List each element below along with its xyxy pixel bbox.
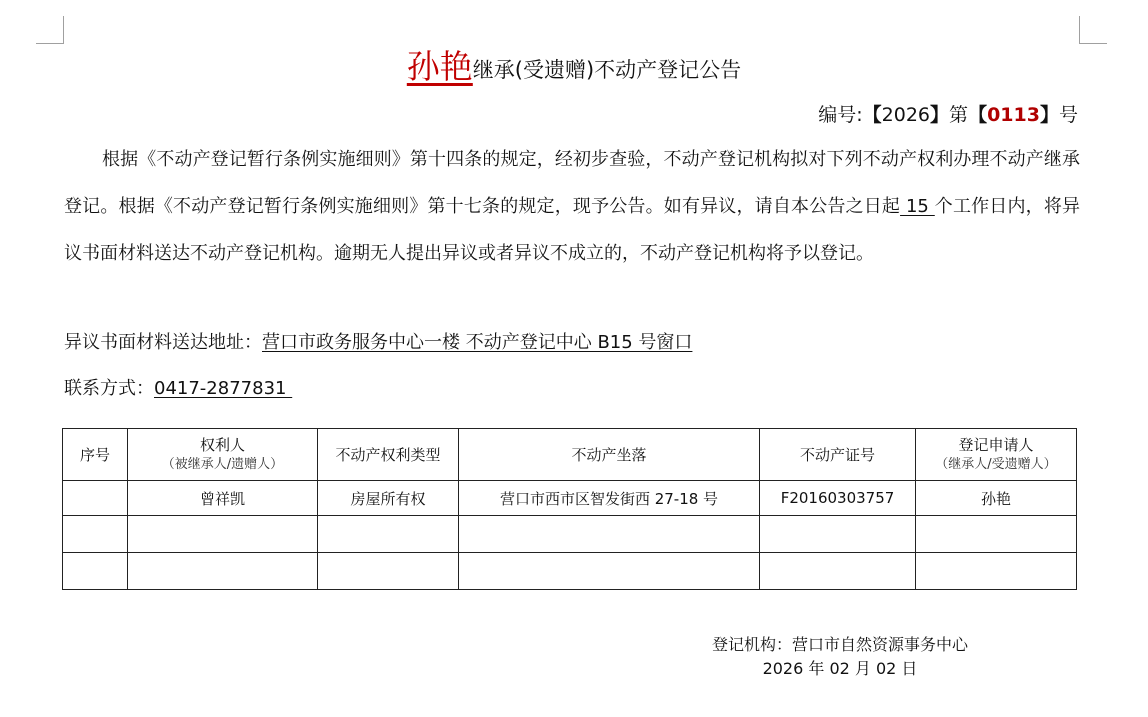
table-row (63, 516, 1077, 553)
cell-right-holder (128, 516, 318, 553)
contact-info: 联系方式：0417-2877831 (64, 374, 292, 404)
announcement-date: 2026 年 02 月 02 日 (660, 655, 1020, 683)
bracket: 【 (968, 104, 987, 126)
cell-right-holder: 曾祥凯 (128, 481, 318, 516)
header-label: 权利人 (128, 435, 317, 455)
objection-days: 15 (900, 196, 935, 217)
address-label: 异议书面材料送达地址： (64, 332, 262, 353)
cell-cert-no (760, 516, 916, 553)
cell-location: 营口市西市区智发街西 27-18 号 (459, 481, 760, 516)
authority-name: 营口市自然资源事务中心 (792, 635, 968, 654)
header-label: 序号 (63, 445, 127, 465)
document-number: 编号:【2026】第【0113】号 (818, 100, 1078, 130)
header-label: 登记申请人 (916, 435, 1076, 455)
docno-number: 0113 (987, 104, 1040, 126)
cell-location (459, 516, 760, 553)
cell-seq (63, 516, 128, 553)
page-corner-mark-top-left (36, 16, 64, 44)
header-applicant: 登记申请人（继承人/受遗赠人） (916, 429, 1077, 481)
header-right-holder: 权利人（被继承人/遗赠人） (128, 429, 318, 481)
header-label: 不动产坐落 (459, 445, 759, 465)
docno-label: 编号: (818, 104, 862, 126)
docno-year: 2026 (882, 104, 930, 126)
header-right-type: 不动产权利类型 (318, 429, 459, 481)
cell-applicant (916, 516, 1077, 553)
cell-right-holder (128, 553, 318, 590)
address-value: 营口市政务服务中心一楼 不动产登记中心 B15 号窗口 (262, 332, 692, 353)
header-seq: 序号 (63, 429, 128, 481)
announcement-body: 根据《不动产登记暂行条例实施细则》第十四条的规定，经初步查验，不动产登记机构拟对… (64, 136, 1080, 277)
cell-applicant (916, 553, 1077, 590)
docno-hao: 号 (1059, 104, 1078, 126)
cell-seq (63, 481, 128, 516)
cell-cert-no: F20160303757 (760, 481, 916, 516)
cell-location (459, 553, 760, 590)
bracket: 】 (1040, 104, 1059, 126)
table-row: 曾祥凯 房屋所有权 营口市西市区智发街西 27-18 号 F2016030375… (63, 481, 1077, 516)
cell-right-type (318, 553, 459, 590)
table-header-row: 序号 权利人（被继承人/遗赠人） 不动产权利类型 不动产坐落 不动产证号 登记申… (63, 429, 1077, 481)
bracket: 【 (863, 104, 882, 126)
cell-applicant: 孙艳 (916, 481, 1077, 516)
table-row (63, 553, 1077, 590)
contact-label: 联系方式： (64, 378, 154, 399)
registration-table: 序号 权利人（被继承人/遗赠人） 不动产权利类型 不动产坐落 不动产证号 登记申… (62, 428, 1077, 590)
header-label: 不动产证号 (760, 445, 915, 465)
cell-right-type (318, 516, 459, 553)
cell-seq (63, 553, 128, 590)
cell-cert-no (760, 553, 916, 590)
authority-label: 登记机构： (712, 635, 792, 654)
title-applicant-name: 孙艳 (407, 47, 473, 86)
header-location: 不动产坐落 (459, 429, 760, 481)
header-cert-no: 不动产证号 (760, 429, 916, 481)
bracket: 】 (930, 104, 949, 126)
docno-di: 第 (949, 104, 968, 126)
contact-phone: 0417-2877831 (154, 378, 292, 399)
header-label: 不动产权利类型 (318, 445, 458, 465)
objection-address: 异议书面材料送达地址：营口市政务服务中心一楼 不动产登记中心 B15 号窗口 (64, 328, 692, 358)
header-sublabel: （继承人/受遗赠人） (916, 455, 1076, 475)
cell-right-type: 房屋所有权 (318, 481, 459, 516)
document-title: 孙艳继承(受遗赠)不动产登记公告 (0, 47, 1148, 90)
page-corner-mark-top-right (1079, 16, 1107, 44)
header-sublabel: （被继承人/遗赠人） (128, 455, 317, 475)
title-text: 继承(受遗赠)不动产登记公告 (473, 58, 741, 82)
